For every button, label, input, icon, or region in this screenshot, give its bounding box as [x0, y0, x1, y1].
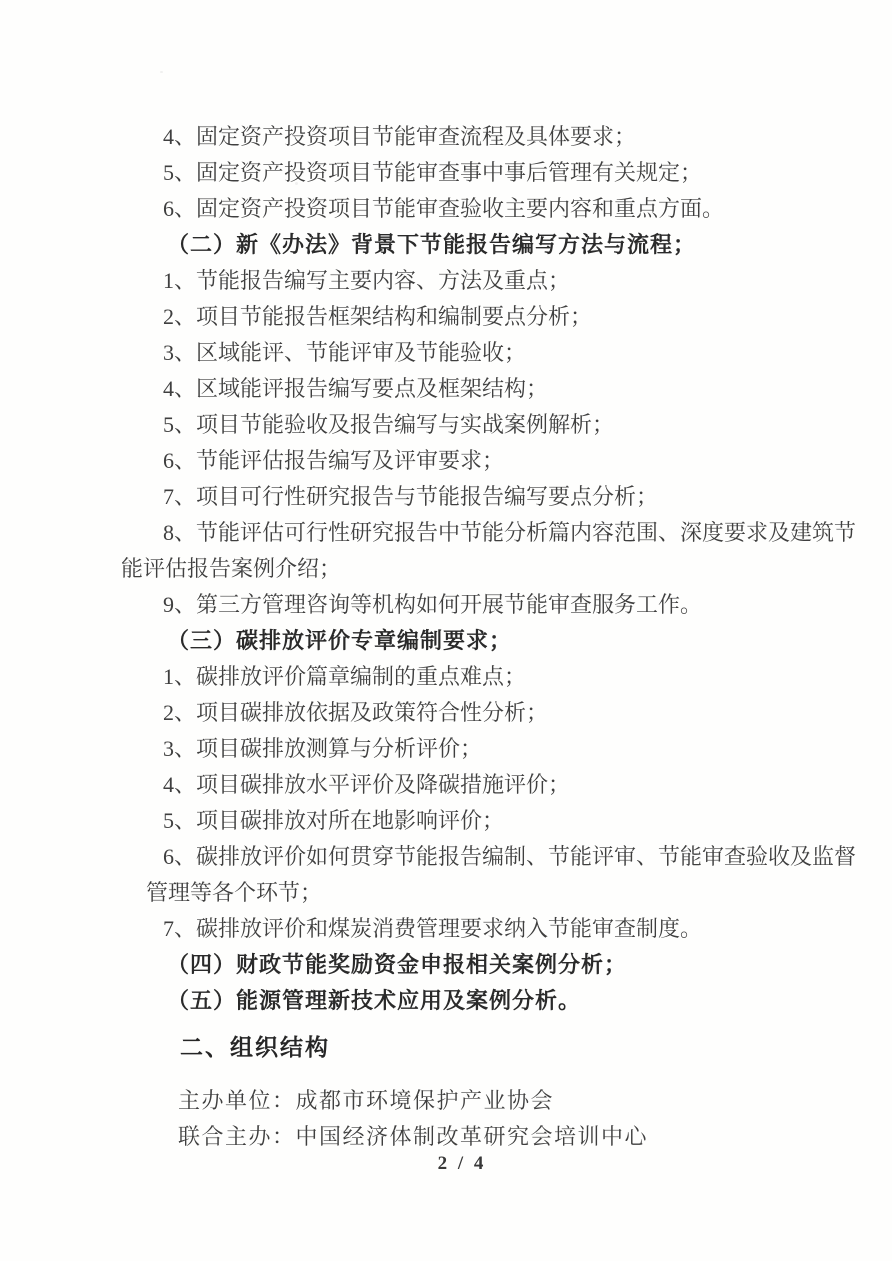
scan-speck	[160, 71, 163, 73]
section-heading: （四）财政节能奖励资金申报相关案例分析；	[121, 947, 857, 983]
document-body: 4、固定资产投资项目节能审查流程及具体要求； 5、固定资产投资项目节能审查事中事…	[121, 119, 857, 1155]
section-heading: （三）碳排放评价专章编制要求；	[121, 623, 857, 659]
part-heading: 二、组织结构	[121, 1029, 857, 1065]
list-item: 1、节能报告编写主要内容、方法及重点；	[121, 263, 857, 299]
list-item: 9、第三方管理咨询等机构如何开展节能审查服务工作。	[121, 587, 857, 623]
list-item: 5、固定资产投资项目节能审查事中事后管理有关规定；	[121, 155, 857, 191]
list-item: 3、项目碳排放测算与分析评价；	[121, 731, 857, 767]
page-number: 2 / 4	[16, 1150, 892, 1177]
section-heading: （五）能源管理新技术应用及案例分析。	[121, 983, 857, 1019]
list-item: 5、项目碳排放对所在地影响评价；	[121, 803, 857, 839]
list-item: 4、固定资产投资项目节能审查流程及具体要求；	[121, 119, 857, 155]
list-item: 4、项目碳排放水平评价及降碳措施评价；	[121, 767, 857, 803]
section-heading: （二）新《办法》背景下节能报告编写方法与流程；	[121, 227, 857, 263]
list-item: 6、节能评估报告编写及评审要求；	[121, 443, 857, 479]
list-item: 1、碳排放评价篇章编制的重点难点；	[121, 659, 857, 695]
list-item: 2、项目节能报告框架结构和编制要点分析；	[121, 299, 857, 335]
list-item: 6、碳排放评价如何贯穿节能报告编制、节能评审、节能审查验收及监督管理等各个环节；	[146, 839, 857, 911]
list-item: 2、项目碳排放依据及政策符合性分析；	[121, 695, 857, 731]
list-item: 8、节能评估可行性研究报告中节能分析篇内容范围、深度要求及建筑节能评估报告案例介…	[121, 515, 857, 587]
list-item: 3、区域能评、节能评审及节能验收；	[121, 335, 857, 371]
document-page: 4、固定资产投资项目节能审查流程及具体要求； 5、固定资产投资项目节能审查事中事…	[0, 0, 892, 1261]
list-item: 7、碳排放评价和煤炭消费管理要求纳入节能审查制度。	[121, 911, 857, 947]
list-item: 4、区域能评报告编写要点及框架结构；	[121, 371, 857, 407]
list-item: 5、项目节能验收及报告编写与实战案例解析；	[121, 407, 857, 443]
list-item: 6、固定资产投资项目节能审查验收主要内容和重点方面。	[121, 191, 857, 227]
host-organization-line: 主办单位：成都市环境保护产业协会	[121, 1083, 857, 1119]
list-item: 7、项目可行性研究报告与节能报告编写要点分析；	[121, 479, 857, 515]
